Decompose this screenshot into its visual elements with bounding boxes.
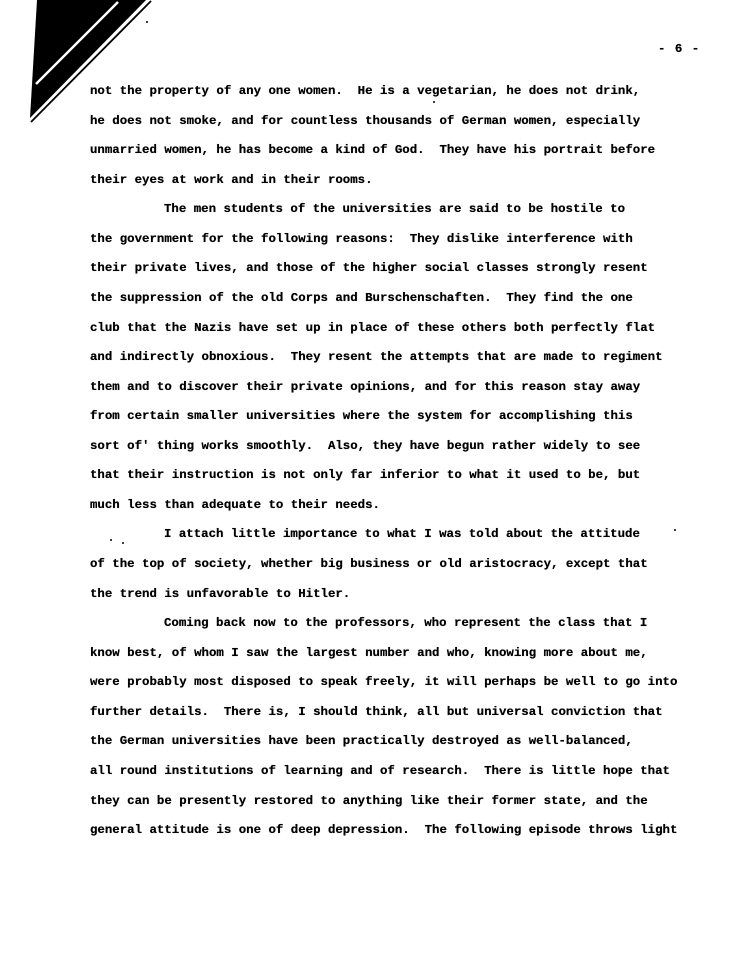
text-line: of the top of society, whether big busin… xyxy=(90,557,710,587)
scanned-document-page: - 6 - not the property of any one women.… xyxy=(0,0,750,972)
text-line: and indirectly obnoxious. They resent th… xyxy=(90,350,710,380)
text-line: were probably most disposed to speak fre… xyxy=(90,675,710,705)
text-line: The men students of the universities are… xyxy=(90,202,710,232)
text-line: club that the Nazis have set up in place… xyxy=(90,321,710,351)
scan-speck xyxy=(110,539,112,541)
scan-speck xyxy=(433,101,435,103)
text-line: sort of' thing works smoothly. Also, the… xyxy=(90,439,710,469)
text-line: their eyes at work and in their rooms. xyxy=(90,173,710,203)
text-line: the suppression of the old Corps and Bur… xyxy=(90,291,710,321)
scan-speck xyxy=(122,542,124,544)
text-line: they can be presently restored to anythi… xyxy=(90,794,710,824)
text-line: not the property of any one women. He is… xyxy=(90,84,710,114)
paragraph: Coming back now to the professors, who r… xyxy=(90,616,710,853)
text-line: that their instruction is not only far i… xyxy=(90,468,710,498)
text-line: the government for the following reasons… xyxy=(90,232,710,262)
paragraph: I attach little importance to what I was… xyxy=(90,527,710,616)
text-line: unmarried women, he has become a kind of… xyxy=(90,143,710,173)
paragraph: The men students of the universities are… xyxy=(90,202,710,527)
scan-speck xyxy=(674,529,676,531)
page-number: - 6 - xyxy=(658,42,700,56)
text-line: Coming back now to the professors, who r… xyxy=(90,616,710,646)
text-line: further details. There is, I should thin… xyxy=(90,705,710,735)
text-line: the German universities have been practi… xyxy=(90,734,710,764)
text-line: I attach little importance to what I was… xyxy=(90,527,710,557)
text-line: their private lives, and those of the hi… xyxy=(90,261,710,291)
text-line: he does not smoke, and for countless tho… xyxy=(90,114,710,144)
text-line: from certain smaller universities where … xyxy=(90,409,710,439)
text-line: much less than adequate to their needs. xyxy=(90,498,710,528)
text-line: know best, of whom I saw the largest num… xyxy=(90,646,710,676)
text-line: general attitude is one of deep depressi… xyxy=(90,823,710,853)
text-line: them and to discover their private opini… xyxy=(90,380,710,410)
paragraph: not the property of any one women. He is… xyxy=(90,84,710,202)
text-line: the trend is unfavorable to Hitler. xyxy=(90,587,710,617)
document-text: not the property of any one women. He is… xyxy=(90,84,710,853)
scan-speck xyxy=(146,21,148,23)
text-line: all round institutions of learning and o… xyxy=(90,764,710,794)
